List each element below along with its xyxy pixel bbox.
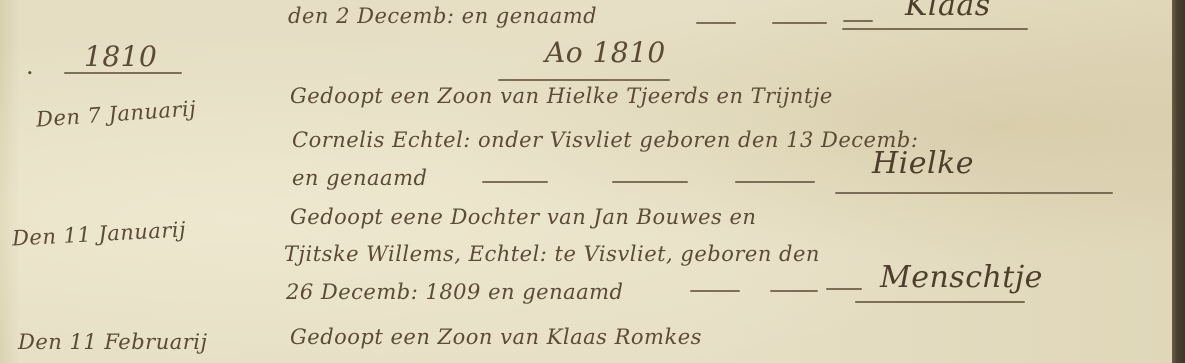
fill-dash [826, 288, 862, 290]
name-underline [835, 192, 1113, 194]
entry-line: en genaamd [292, 166, 427, 190]
year-margin: 1810 [84, 40, 157, 73]
entry-date: Den 7 Januarij [35, 96, 197, 131]
entry-line: Gedoopt een Zoon van Hielke Tjeerds en T… [290, 84, 833, 108]
year-heading: Ao 1810 [545, 36, 666, 69]
fill-dash [735, 181, 815, 183]
fill-dash [696, 22, 736, 24]
fill-dash [770, 290, 818, 292]
entry-line: Gedoopt een Zoon van Klaas Romkes [290, 325, 702, 349]
margin-dot: . [26, 52, 34, 80]
entry-date: Den 11 Januarij [11, 217, 186, 250]
child-name: Menschtje [880, 260, 1043, 295]
child-name: Hielke [872, 146, 974, 181]
entry-line: Cornelis Echtel: onder Visvliet geboren … [292, 128, 918, 152]
top-entry-text: den 2 Decemb: en genaamd [288, 4, 597, 28]
fill-dash [772, 22, 827, 24]
name-underline [842, 28, 1028, 30]
year-underline [64, 72, 182, 74]
heading-underline [498, 79, 670, 81]
entry-line: Tjitske Willems, Echtel: te Visvliet, ge… [284, 242, 820, 266]
fill-dash [482, 181, 548, 183]
entry-line: Gedoopt eene Dochter van Jan Bouwes en [290, 205, 756, 229]
fill-dash [690, 290, 740, 292]
entry-date: Den 11 Februarij [18, 330, 208, 354]
entry-line: 26 Decemb: 1809 en genaamd [286, 280, 624, 304]
book-binding-edge [1172, 0, 1185, 363]
fill-dash [843, 20, 873, 22]
fill-dash [612, 181, 688, 183]
child-name-top: Klaas [905, 0, 991, 23]
register-page: den 2 Decemb: en genaamd Klaas . 1810 Ao… [0, 0, 1172, 363]
name-underline [855, 301, 1025, 303]
